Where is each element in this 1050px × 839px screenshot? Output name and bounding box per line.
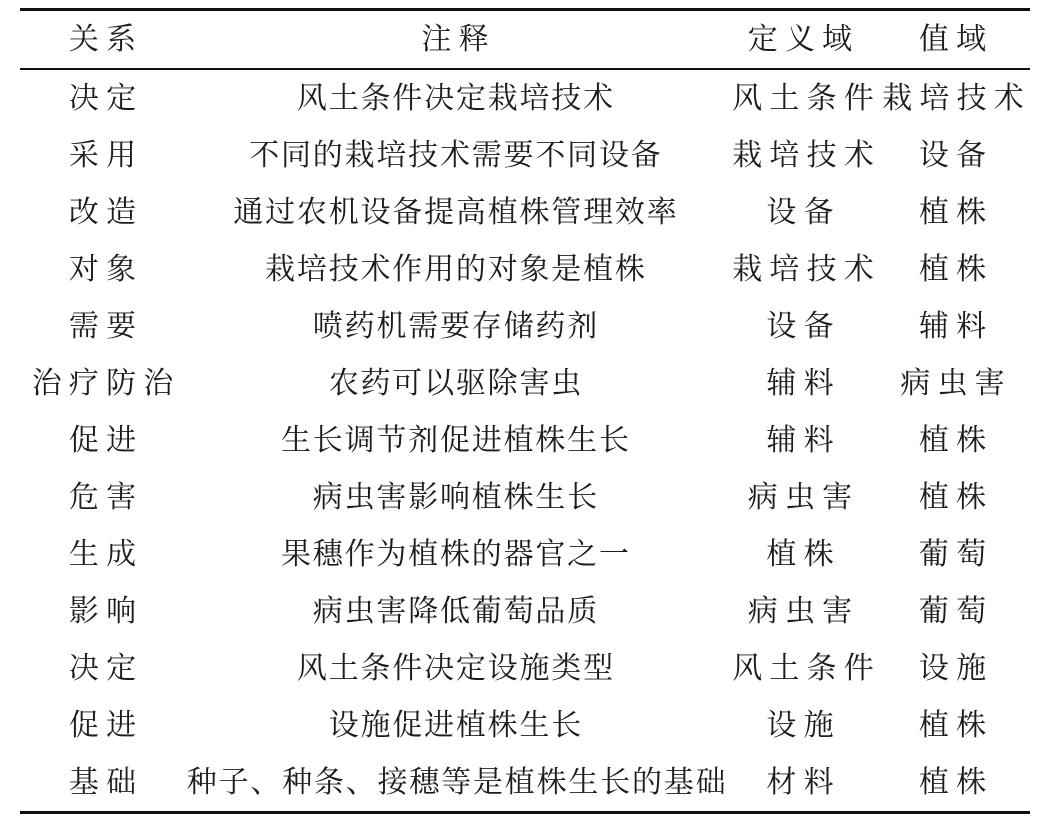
relation-cell: 采用 [20, 127, 185, 184]
domain-cell: 风土条件 [725, 69, 875, 127]
header-domain: 定义域 [725, 10, 875, 70]
annotation-cell: 风土条件决定栽培技术 [185, 69, 725, 127]
relation-cell: 基础 [20, 754, 185, 813]
annotation-cell: 通过农机设备提高植株管理效率 [185, 184, 725, 241]
relation-cell: 危害 [20, 469, 185, 526]
relation-cell: 决定 [20, 640, 185, 697]
header-range: 值域 [875, 10, 1030, 70]
header-relation: 关系 [20, 10, 185, 70]
domain-cell: 辅料 [725, 412, 875, 469]
relations-table-wrapper: 关系 注释 定义域 值域 决定 风土条件决定栽培技术 风土条件 栽培技术 采用 … [20, 8, 1030, 814]
domain-cell: 栽培技术 [725, 241, 875, 298]
table-row: 决定 风土条件决定设施类型 风土条件 设施 [20, 640, 1030, 697]
relation-cell: 需要 [20, 298, 185, 355]
domain-cell: 病虫害 [725, 469, 875, 526]
annotation-cell: 生长调节剂促进植株生长 [185, 412, 725, 469]
table-row: 影响 病虫害降低葡萄品质 病虫害 葡萄 [20, 583, 1030, 640]
table-row: 生成 果穗作为植株的器官之一 植株 葡萄 [20, 526, 1030, 583]
annotation-cell: 病虫害影响植株生长 [185, 469, 725, 526]
table-row: 基础 种子、种条、接穗等是植株生长的基础 材料 植株 [20, 754, 1030, 813]
domain-cell: 设备 [725, 298, 875, 355]
annotation-cell: 果穗作为植株的器官之一 [185, 526, 725, 583]
range-cell: 栽培技术 [875, 69, 1030, 127]
relation-cell: 影响 [20, 583, 185, 640]
range-cell: 植株 [875, 412, 1030, 469]
annotation-cell: 农药可以驱除害虫 [185, 355, 725, 412]
range-cell: 植株 [875, 697, 1030, 754]
range-cell: 设备 [875, 127, 1030, 184]
domain-cell: 病虫害 [725, 583, 875, 640]
annotation-cell: 风土条件决定设施类型 [185, 640, 725, 697]
domain-cell: 设施 [725, 697, 875, 754]
table-row: 决定 风土条件决定栽培技术 风土条件 栽培技术 [20, 69, 1030, 127]
table-row: 需要 喷药机需要存储药剂 设备 辅料 [20, 298, 1030, 355]
range-cell: 葡萄 [875, 526, 1030, 583]
table-row: 促进 设施促进植株生长 设施 植株 [20, 697, 1030, 754]
relation-cell: 决定 [20, 69, 185, 127]
domain-cell: 栽培技术 [725, 127, 875, 184]
range-cell: 植株 [875, 241, 1030, 298]
annotation-cell: 种子、种条、接穗等是植株生长的基础 [185, 754, 725, 813]
annotation-cell: 病虫害降低葡萄品质 [185, 583, 725, 640]
annotation-cell: 栽培技术作用的对象是植株 [185, 241, 725, 298]
domain-cell: 辅料 [725, 355, 875, 412]
range-cell: 设施 [875, 640, 1030, 697]
header-row: 关系 注释 定义域 值域 [20, 10, 1030, 70]
annotation-cell: 设施促进植株生长 [185, 697, 725, 754]
table-row: 对象 栽培技术作用的对象是植株 栽培技术 植株 [20, 241, 1030, 298]
header-annotation: 注释 [185, 10, 725, 70]
relation-cell: 治疗防治 [20, 355, 185, 412]
table-row: 改造 通过农机设备提高植株管理效率 设备 植株 [20, 184, 1030, 241]
domain-cell: 风土条件 [725, 640, 875, 697]
range-cell: 病虫害 [875, 355, 1030, 412]
range-cell: 植株 [875, 184, 1030, 241]
range-cell: 植株 [875, 754, 1030, 813]
table-row: 治疗防治 农药可以驱除害虫 辅料 病虫害 [20, 355, 1030, 412]
annotation-cell: 喷药机需要存储药剂 [185, 298, 725, 355]
domain-cell: 设备 [725, 184, 875, 241]
relation-cell: 对象 [20, 241, 185, 298]
table-row: 促进 生长调节剂促进植株生长 辅料 植株 [20, 412, 1030, 469]
relation-cell: 改造 [20, 184, 185, 241]
relation-cell: 促进 [20, 412, 185, 469]
relation-cell: 促进 [20, 697, 185, 754]
annotation-cell: 不同的栽培技术需要不同设备 [185, 127, 725, 184]
domain-cell: 材料 [725, 754, 875, 813]
domain-cell: 植株 [725, 526, 875, 583]
range-cell: 植株 [875, 469, 1030, 526]
relations-table: 关系 注释 定义域 值域 决定 风土条件决定栽培技术 风土条件 栽培技术 采用 … [20, 8, 1030, 814]
range-cell: 葡萄 [875, 583, 1030, 640]
range-cell: 辅料 [875, 298, 1030, 355]
table-row: 采用 不同的栽培技术需要不同设备 栽培技术 设备 [20, 127, 1030, 184]
table-row: 危害 病虫害影响植株生长 病虫害 植株 [20, 469, 1030, 526]
relation-cell: 生成 [20, 526, 185, 583]
